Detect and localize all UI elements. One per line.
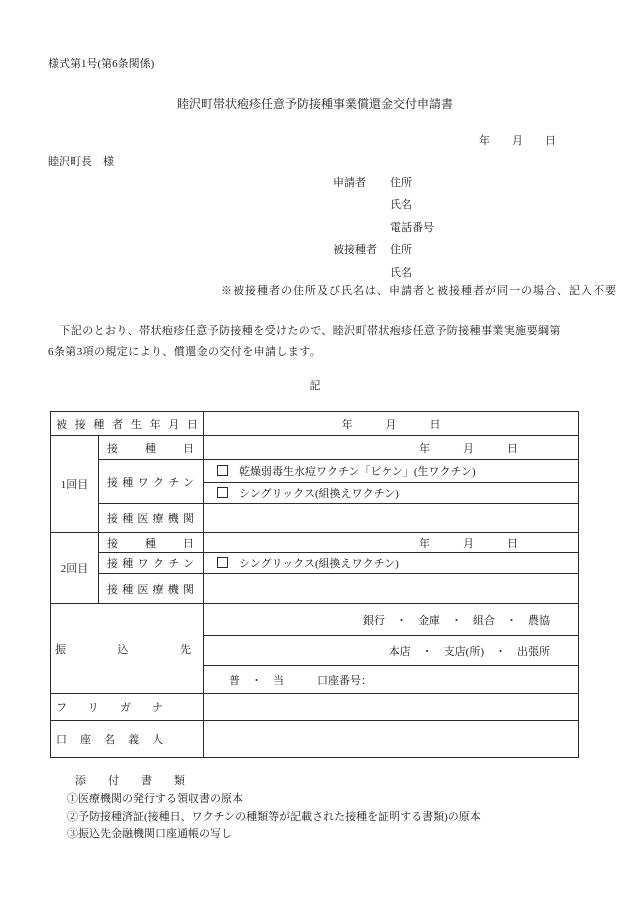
table-row: 接種ワクチン シングリックス(組換えワクチン): [51, 553, 579, 574]
account-holder-input-area[interactable]: [204, 721, 579, 758]
table-row: 接種ワクチン 乾燥弱毒生水痘ワクチン「ビケン」(生ワクチン): [51, 460, 579, 483]
transfer-destination-label: 振込先: [51, 604, 204, 694]
checkbox-icon[interactable]: [217, 557, 228, 568]
dose1-vaccine-option1-label: 乾燥弱毒生水痘ワクチン「ビケン」(生ワクチン): [239, 466, 476, 478]
vaccinee-name-label[interactable]: 氏名: [390, 262, 434, 284]
account-holder-label: 口座名義人: [51, 721, 204, 758]
checkbox-icon[interactable]: [217, 465, 228, 476]
branch-type-options-cell[interactable]: 本店 ・ 支店(所) ・ 出張所: [204, 636, 579, 666]
dose2-vaccine-option-cell: シングリックス(組換えワクチン): [204, 553, 579, 574]
applicant-name-label[interactable]: 氏名: [390, 194, 434, 216]
dose2-group-label: 2回目: [51, 533, 99, 604]
spacer: [333, 262, 390, 284]
dose2-institution-input-area[interactable]: [204, 574, 579, 604]
dose2-vaccine-label: 接種ワクチン: [99, 553, 204, 574]
dose2-institution-label: 接種医療機関: [99, 574, 204, 604]
application-table: 被接種者生年月日 年 月 日 1回目 接種日 年 月 日 接種ワクチン 乾燥弱毒…: [50, 411, 579, 758]
attachment-item-3: ③振込先金融機関口座通帳の写し: [67, 826, 481, 844]
dose1-vaccine-option1-cell: 乾燥弱毒生水痘ワクチン「ビケン」(生ワクチン): [204, 460, 579, 483]
body-paragraph: 下記のとおり、帯状疱疹任意予防接種を受けたので、睦沢町帯状疱疹任意予防接種事業実…: [48, 321, 584, 363]
addressee: 睦沢町長 様: [48, 153, 114, 169]
attachments-heading: 添付書類: [75, 772, 207, 788]
account-number-cell[interactable]: 普 ・ 当 口座番号：: [204, 666, 579, 694]
bank-type-options-cell[interactable]: 銀行 ・ 金庫 ・ 組合 ・ 農協: [204, 604, 579, 636]
table-row: 振込先 銀行 ・ 金庫 ・ 組合 ・ 農協: [51, 604, 579, 636]
dose1-vaccine-option2-label: シングリックス(組換えワクチン): [239, 488, 399, 500]
header-date-line[interactable]: 年 月 日: [0, 132, 630, 148]
body-line-2: 6条第3項の規定により、償還金の交付を申請します。: [48, 342, 584, 363]
spacer: [333, 217, 390, 239]
vaccinee-address-label[interactable]: 住所: [390, 239, 434, 261]
party-block: 申請者 住所 氏名 電話番号 被接種者 住所 氏名: [333, 172, 434, 284]
table-row: 1回目 接種日 年 月 日: [51, 436, 579, 460]
table-row: 接種医療機関: [51, 504, 579, 533]
dose1-date-label: 接種日: [99, 436, 204, 460]
dose1-vaccine-label: 接種ワクチン: [99, 460, 204, 504]
table-row: 接種医療機関: [51, 574, 579, 604]
checkbox-icon[interactable]: [217, 487, 228, 498]
dose1-institution-label: 接種医療機関: [99, 504, 204, 533]
attachment-item-1: ①医療機関の発行する領収書の原本: [67, 791, 481, 809]
record-heading: 記: [0, 377, 630, 393]
attachments-list: ①医療機関の発行する領収書の原本 ②予防接種済証(接種日、ワクチンの種類等が記載…: [67, 791, 481, 844]
applicant-phone-label[interactable]: 電話番号: [390, 217, 434, 239]
table-row: フリガナ: [51, 694, 579, 721]
dose1-vaccine-option2-cell: シングリックス(組換えワクチン): [204, 483, 579, 504]
dose2-date-value-cell[interactable]: 年 月 日: [204, 533, 579, 553]
table-row: 2回目 接種日 年 月 日: [51, 533, 579, 553]
table-row: 口座名義人: [51, 721, 579, 758]
note-line: ※被接種者の住所及び氏名は、申請者と被接種者が同一の場合、記入不要: [0, 282, 617, 298]
page-title: 睦沢町帯状疱疹任意予防接種事業償還金交付申請書: [0, 95, 630, 112]
body-line-1: 下記のとおり、帯状疱疹任意予防接種を受けたので、睦沢町帯状疱疹任意予防接種事業実…: [48, 321, 584, 342]
dose1-date-value-cell[interactable]: 年 月 日: [204, 436, 579, 460]
dose2-vaccine-option-label: シングリックス(組換えワクチン): [239, 558, 399, 570]
form-number: 様式第1号(第6条関係): [48, 55, 154, 71]
attachment-item-2: ②予防接種済証(接種日、ワクチンの種類等が記載された接種を証明する書類)の原本: [67, 809, 481, 827]
table-row: 被接種者生年月日 年 月 日: [51, 412, 579, 436]
birthdate-value-cell[interactable]: 年 月 日: [204, 412, 579, 436]
spacer: [333, 194, 390, 216]
dose1-institution-input-area[interactable]: [204, 504, 579, 533]
dose2-date-label: 接種日: [99, 533, 204, 553]
furigana-label: フリガナ: [51, 694, 204, 721]
application-form-page: 様式第1号(第6条関係) 睦沢町帯状疱疹任意予防接種事業償還金交付申請書 年 月…: [0, 0, 630, 903]
vaccinee-label: 被接種者: [333, 239, 390, 261]
birthdate-label: 被接種者生年月日: [51, 412, 204, 436]
furigana-input-area[interactable]: [204, 694, 579, 721]
applicant-label: 申請者: [333, 172, 390, 194]
applicant-address-label[interactable]: 住所: [390, 172, 434, 194]
dose1-group-label: 1回目: [51, 436, 99, 533]
